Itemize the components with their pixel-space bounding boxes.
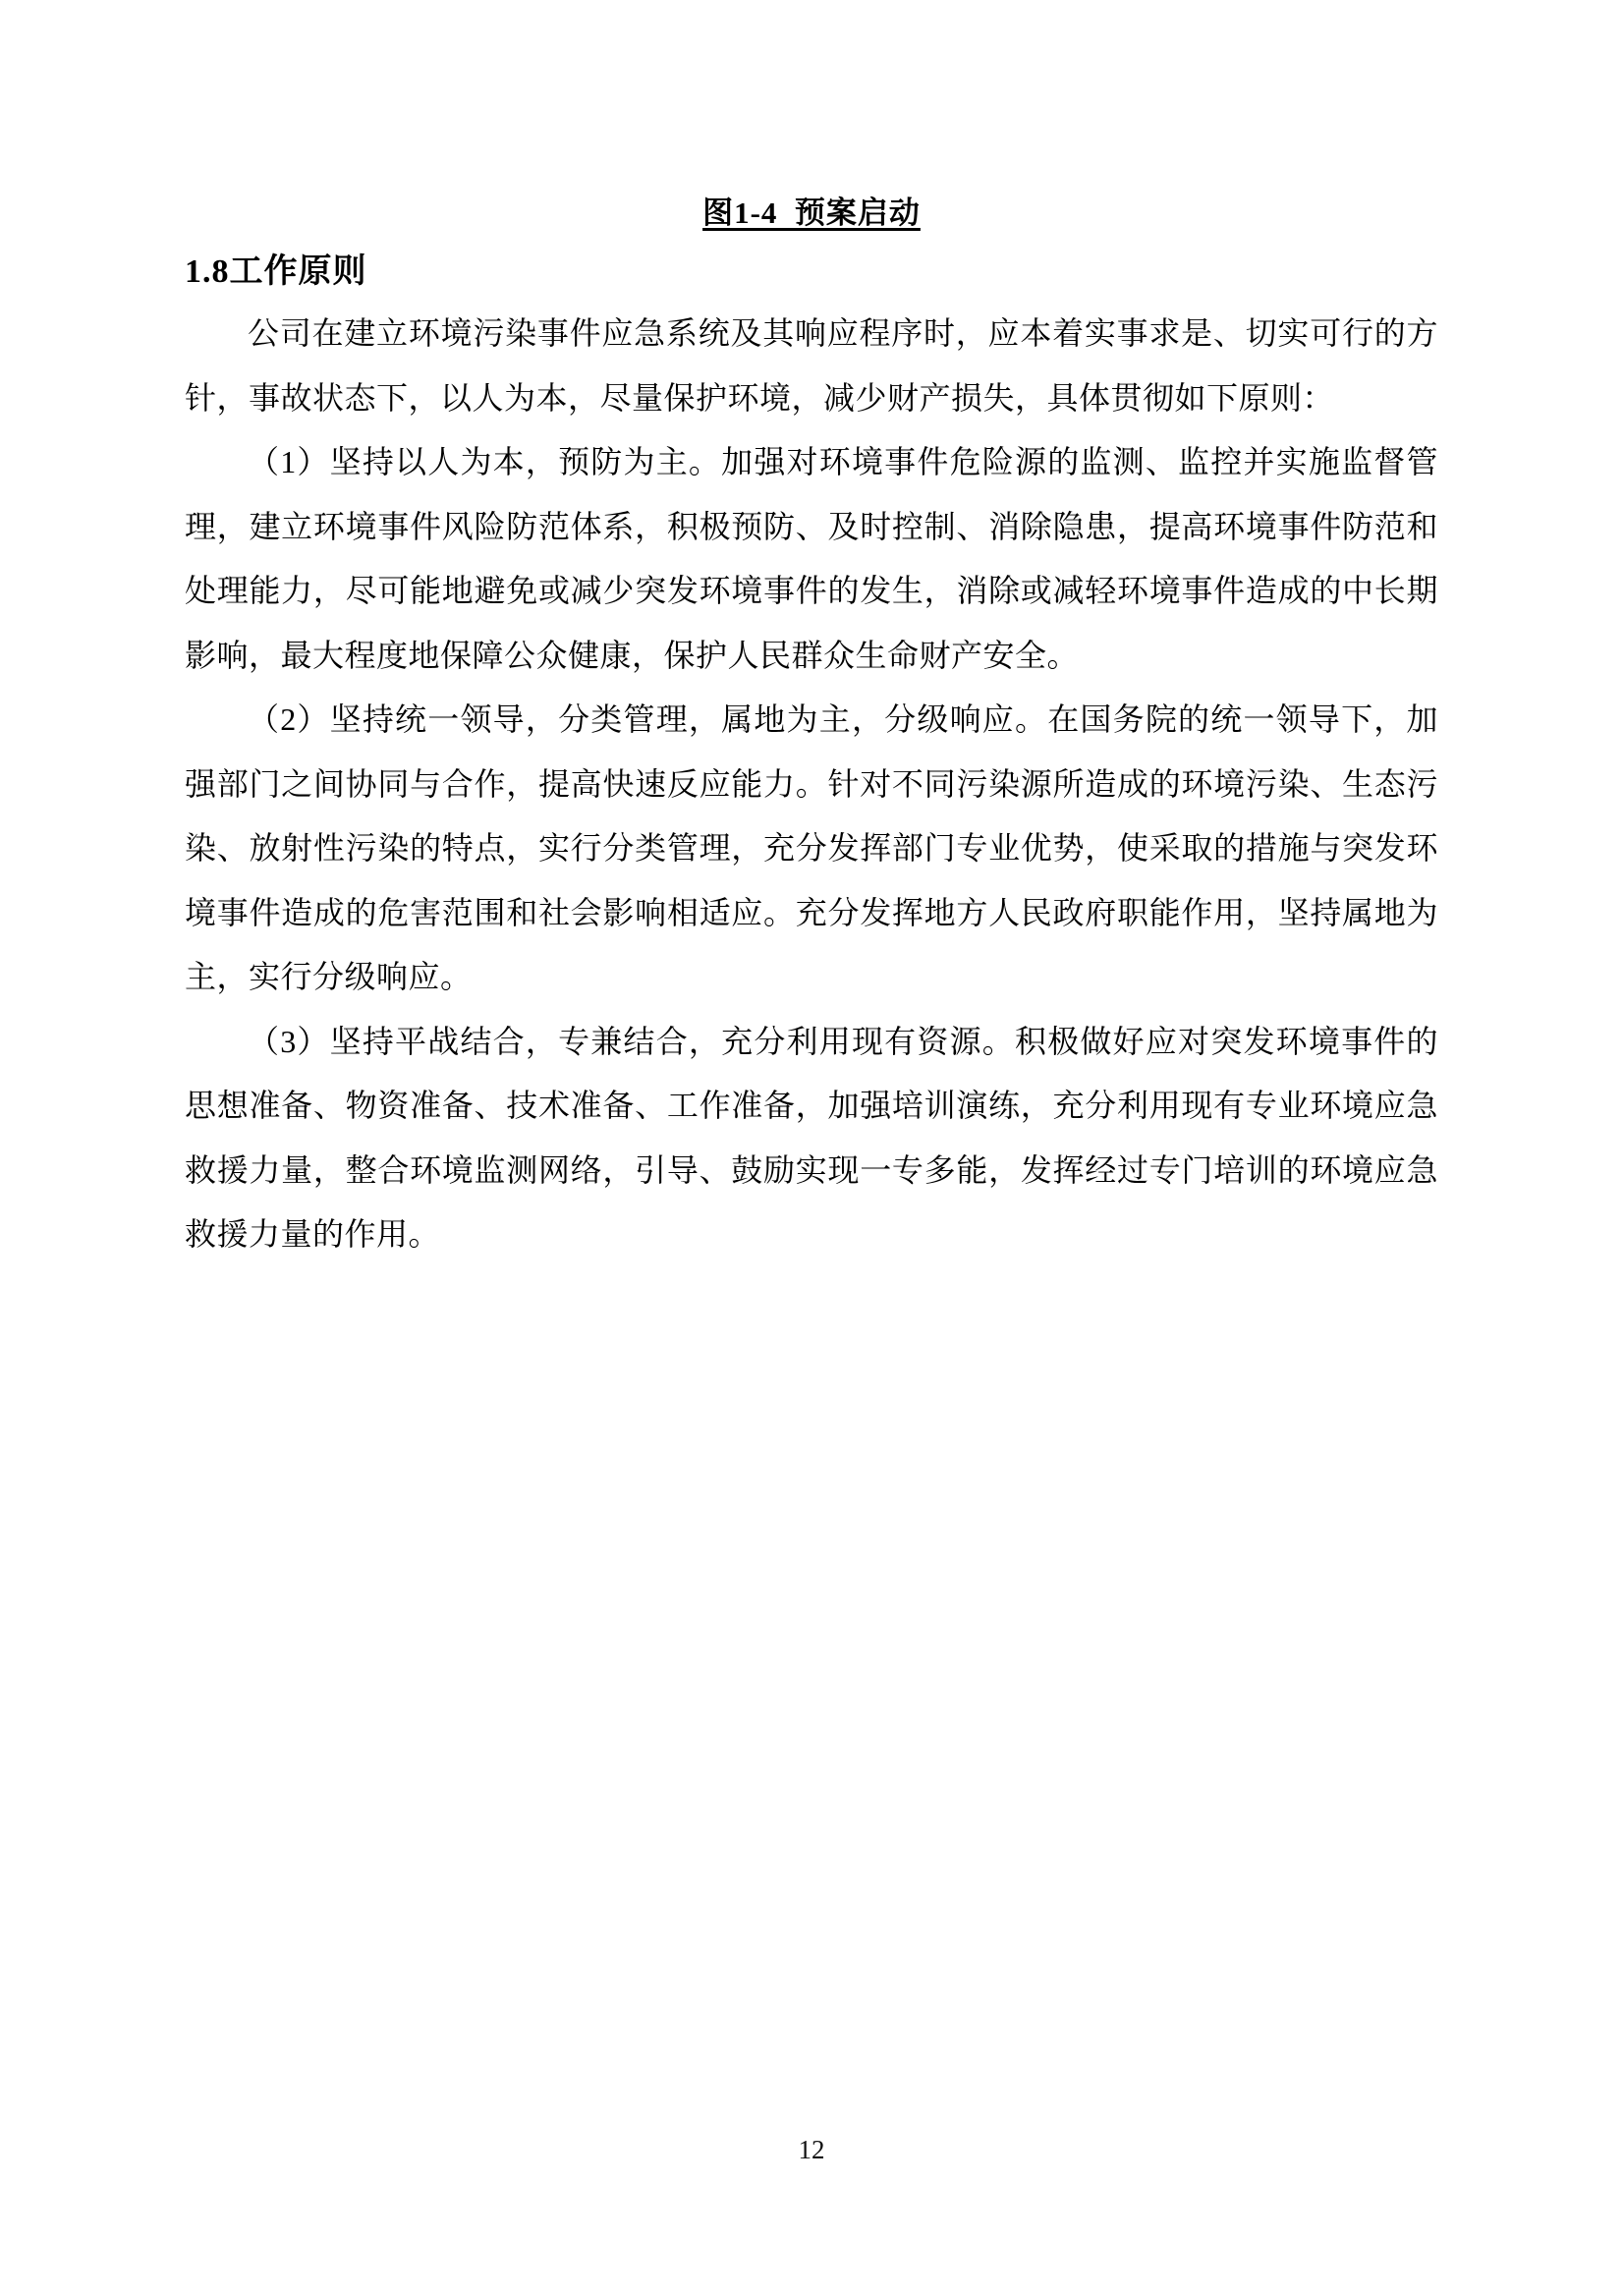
- body-text: 公司在建立环境污染事件应急系统及其响应程序时，应本着实事求是、切实可行的方针，事…: [185, 302, 1438, 1267]
- document-page: 图1-4 预案启动 1.8工作原则 公司在建立环境污染事件应急系统及其响应程序时…: [0, 0, 1623, 2296]
- figure-caption: 图1-4 预案启动: [185, 195, 1438, 232]
- document-content: 图1-4 预案启动 1.8工作原则 公司在建立环境污染事件应急系统及其响应程序时…: [185, 195, 1438, 1267]
- section-heading: 1.8工作原则: [185, 252, 1438, 293]
- paragraph-principle-3: （3）坚持平战结合，专兼结合，充分利用现有资源。积极做好应对突发环境事件的思想准…: [185, 1010, 1438, 1267]
- paragraph-principle-2: （2）坚持统一领导，分类管理，属地为主，分级响应。在国务院的统一领导下，加强部门…: [185, 688, 1438, 1010]
- paragraph-principle-1: （1）坚持以人为本，预防为主。加强对环境事件危险源的监测、监控并实施监督管理，建…: [185, 430, 1438, 688]
- page-number: 12: [0, 2134, 1623, 2165]
- paragraph-intro: 公司在建立环境污染事件应急系统及其响应程序时，应本着实事求是、切实可行的方针，事…: [185, 302, 1438, 430]
